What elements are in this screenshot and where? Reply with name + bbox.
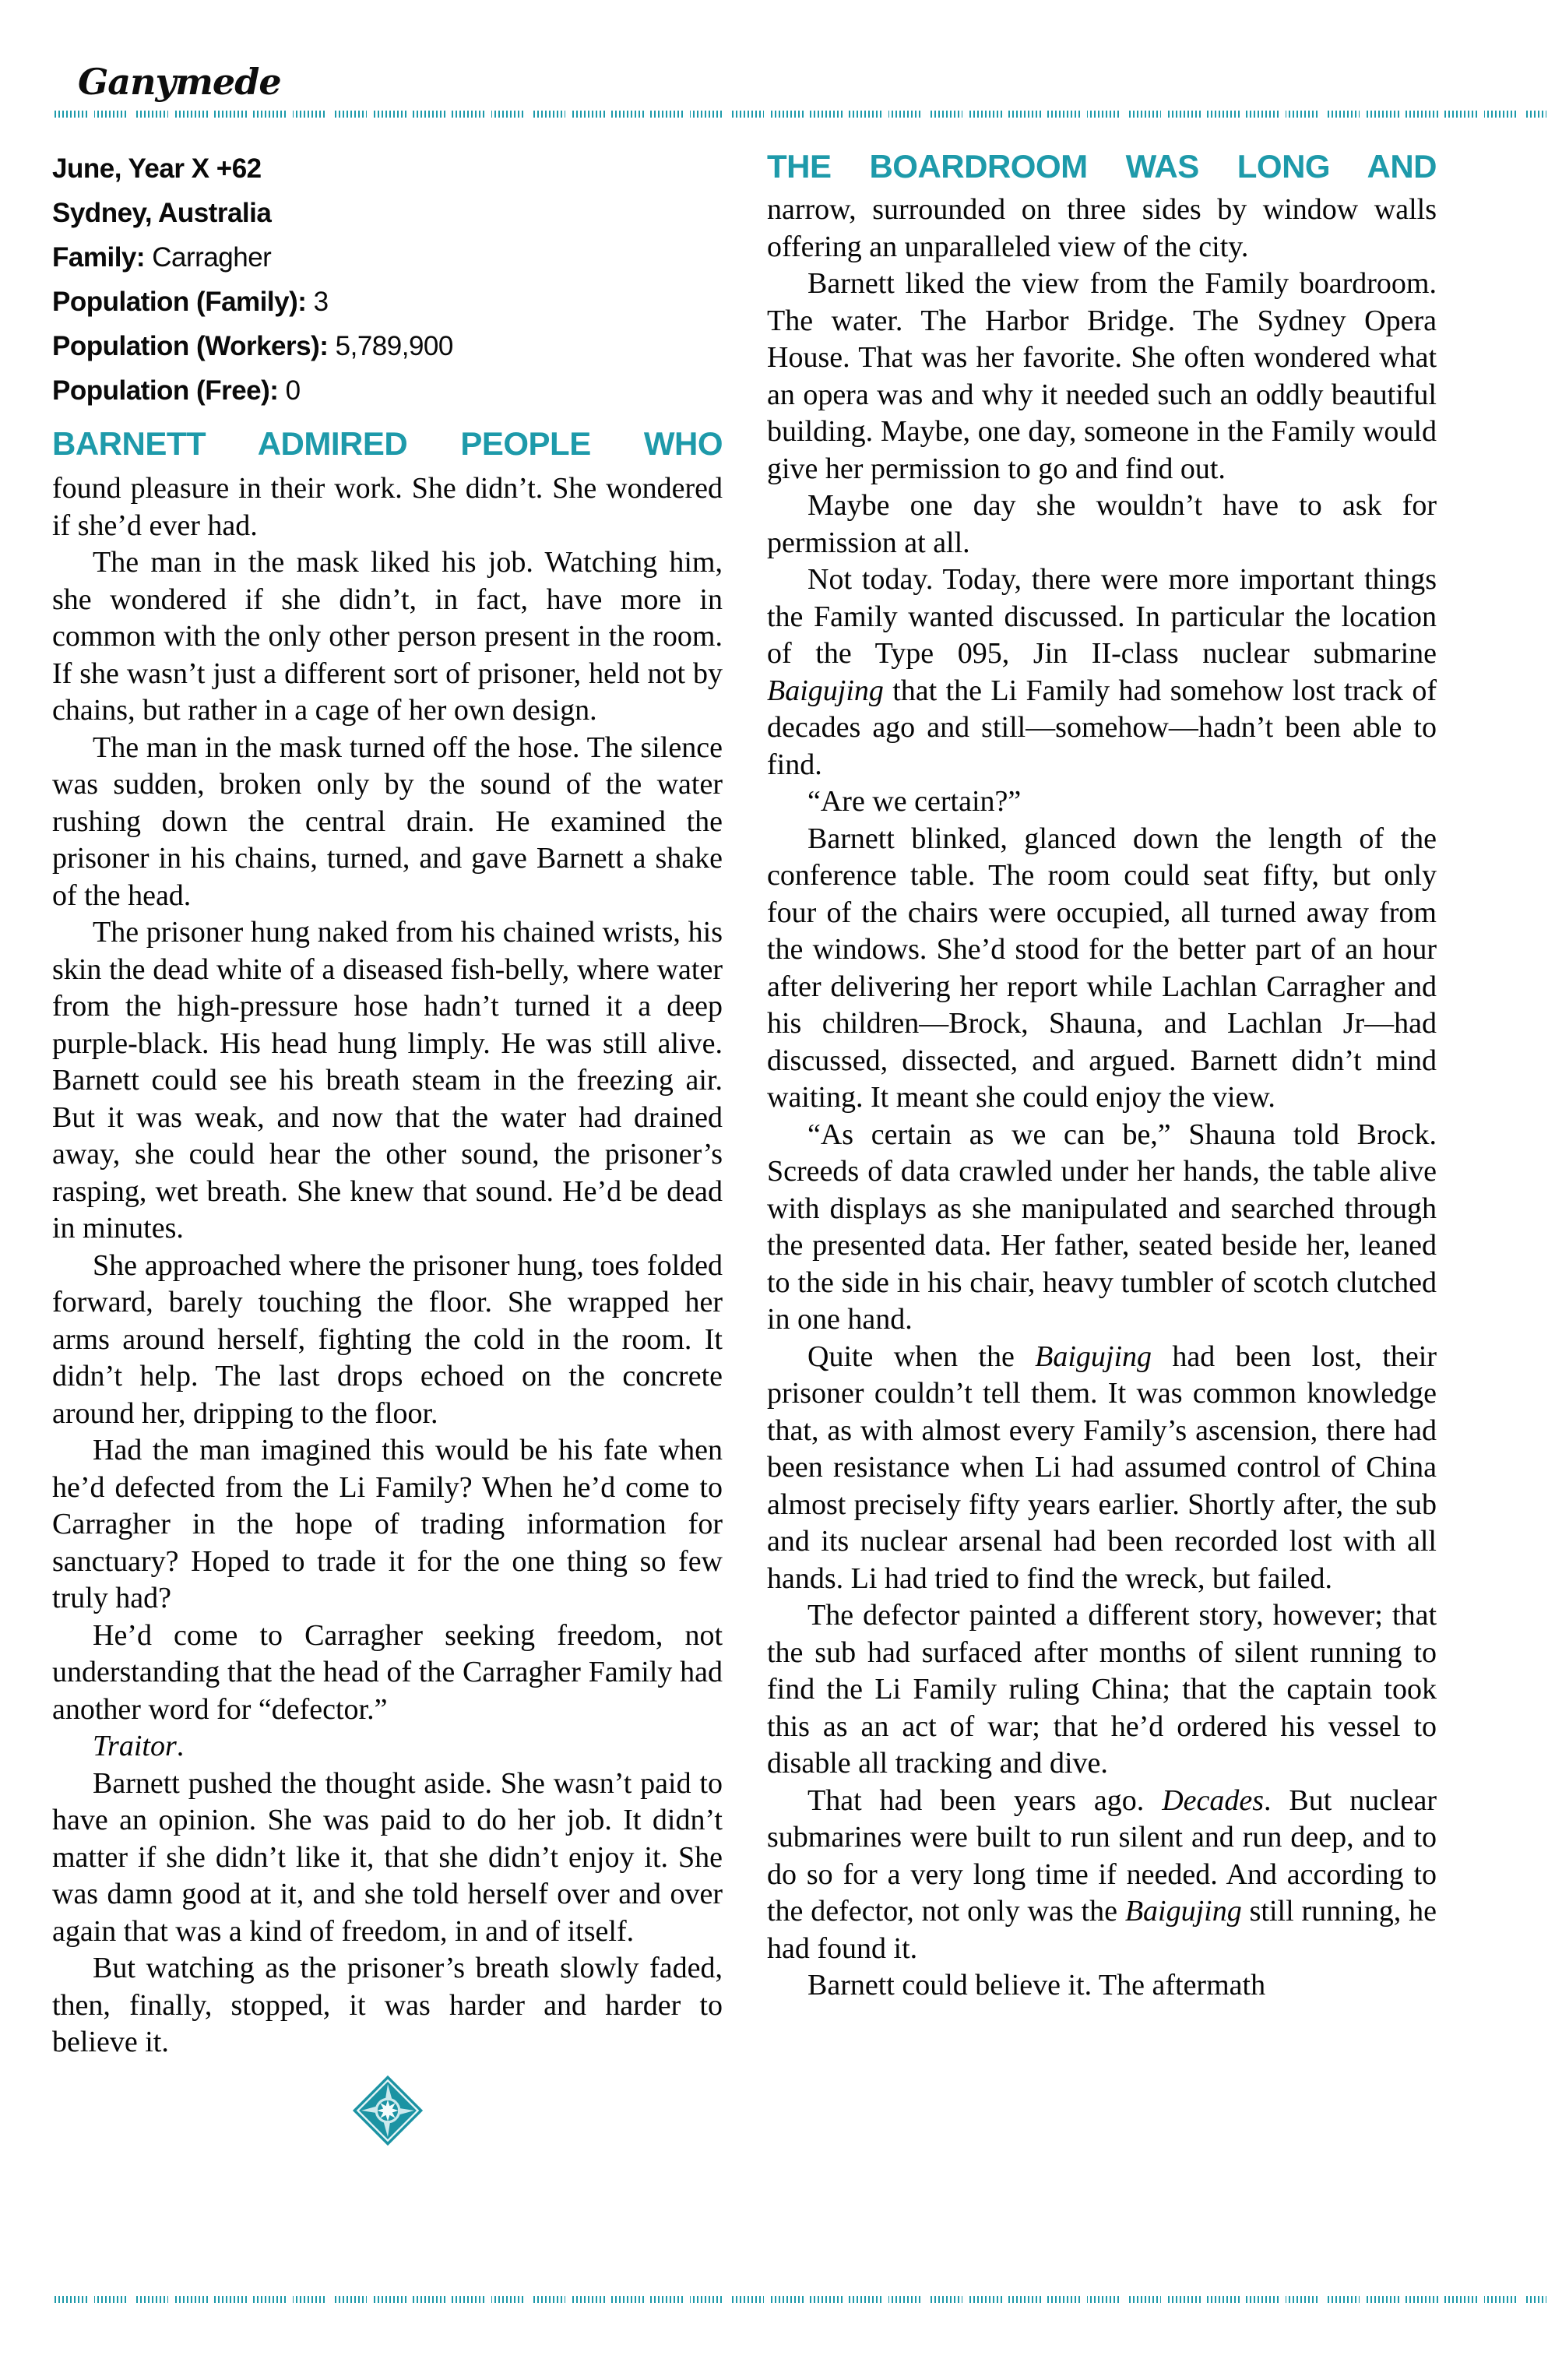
text-run: Quite when the: [807, 1340, 1035, 1373]
body-paragraph: The man in the mask liked his job. Watch…: [52, 544, 723, 730]
meta-line: Population (Free): 0: [52, 368, 723, 413]
text-run: Not today. Today, there were more import…: [767, 563, 1437, 670]
left-paragraphs: found pleasure in their work. She didn’t…: [52, 470, 723, 2061]
book-page: Ganymede June, Year X +62Sydney, Austral…: [0, 0, 1548, 2380]
body-paragraph: The man in the mask turned off the hose.…: [52, 730, 723, 915]
meta-value: Carragher: [145, 242, 271, 273]
text-run: That had been years ago.: [807, 1784, 1162, 1817]
italic-text: Decades: [1162, 1784, 1264, 1817]
text-run: The defector painted a different story, …: [767, 1599, 1437, 1780]
book-title: Ganymede: [78, 61, 281, 103]
text-run: The man in the mask turned off the hose.…: [52, 731, 723, 912]
meta-line: Family: Carragher: [52, 235, 723, 280]
text-run: Had the man imagined this would be his f…: [52, 1434, 723, 1614]
text-run: “As certain as we can be,” Shauna told B…: [767, 1118, 1437, 1336]
text-run: found pleasure in their work. She didn’t…: [52, 472, 723, 542]
italic-text: Baigujing: [1125, 1895, 1242, 1928]
text-run: But watching as the prisoner’s breath sl…: [52, 1952, 723, 2058]
text-run: Barnett liked the view from the Family b…: [767, 267, 1437, 485]
meta-line: Population (Family): 3: [52, 280, 723, 324]
italic-text: Traitor: [93, 1730, 177, 1762]
text-run: Barnett could believe it. The aftermath: [807, 1969, 1265, 2002]
body-paragraph: Barnett blinked, glanced down the length…: [767, 821, 1437, 1117]
meta-label: Population (Workers):: [52, 331, 328, 361]
body-paragraph: found pleasure in their work. She didn’t…: [52, 470, 723, 544]
section-lede-left: BARNETT ADMIRED PEOPLE WHO: [52, 425, 723, 463]
body-paragraph: The prisoner hung naked from his chained…: [52, 914, 723, 1248]
italic-text: Baigujing: [1035, 1340, 1152, 1373]
body-paragraph: The defector painted a different story, …: [767, 1597, 1437, 1783]
top-divider: [55, 111, 1546, 118]
body-paragraph: “Are we certain?”: [767, 783, 1437, 821]
body-paragraph: Maybe one day she wouldn’t have to ask f…: [767, 488, 1437, 562]
meta-value: 5,789,900: [328, 331, 452, 361]
text-run: .: [177, 1730, 185, 1762]
text-run: He’d come to Carragher seeking freedom, …: [52, 1619, 723, 1726]
text-run: The man in the mask liked his job. Watch…: [52, 546, 723, 727]
meta-line: Population (Workers): 5,789,900: [52, 324, 723, 368]
text-run: narrow, surrounded on three sides by win…: [767, 193, 1437, 263]
meta-value: 3: [306, 287, 328, 317]
body-paragraph: Barnett could believe it. The aftermath: [767, 1967, 1437, 2005]
meta-label: Population (Family):: [52, 287, 306, 317]
right-paragraphs: narrow, surrounded on three sides by win…: [767, 192, 1437, 2005]
text-run: “Are we certain?”: [807, 785, 1021, 818]
scene-break: [52, 2074, 723, 2151]
meta-line: June, Year X +62: [52, 146, 723, 191]
text-run: Maybe one day she wouldn’t have to ask f…: [767, 489, 1437, 559]
body-paragraph: Barnett liked the view from the Family b…: [767, 266, 1437, 488]
text-run: The prisoner hung naked from his chained…: [52, 916, 723, 1245]
scene-metadata: June, Year X +62Sydney, AustraliaFamily:…: [52, 146, 723, 413]
meta-label: Population (Free):: [52, 375, 278, 406]
italic-text: Baigujing: [767, 674, 884, 707]
running-header: Ganymede: [78, 61, 281, 103]
text-run: She approached where the prisoner hung, …: [52, 1249, 723, 1430]
body-paragraph: But watching as the prisoner’s breath sl…: [52, 1950, 723, 2061]
body-paragraph: “As certain as we can be,” Shauna told B…: [767, 1117, 1437, 1339]
body-paragraph: Traitor.: [52, 1728, 723, 1766]
text-run: Barnett blinked, glanced down the length…: [767, 822, 1437, 1114]
body-paragraph: Not today. Today, there were more import…: [767, 562, 1437, 783]
meta-label: Sydney, Australia: [52, 198, 271, 228]
body-paragraph: He’d come to Carragher seeking freedom, …: [52, 1618, 723, 1729]
right-column: THE BOARDROOM WAS LONG AND narrow, surro…: [767, 146, 1437, 2005]
meta-line: Sydney, Australia: [52, 191, 723, 235]
body-paragraph: That had been years ago. Decades. But nu…: [767, 1783, 1437, 1968]
section-lede-right: THE BOARDROOM WAS LONG AND: [767, 146, 1437, 187]
meta-value: 0: [278, 375, 300, 406]
body-paragraph: She approached where the prisoner hung, …: [52, 1248, 723, 1433]
bottom-divider: [55, 2296, 1546, 2303]
body-paragraph: Quite when the Baigujing had been lost, …: [767, 1339, 1437, 1598]
diamond-compass-pinwheel-icon: [352, 2137, 424, 2150]
meta-label: Family:: [52, 242, 145, 273]
text-run: Barnett pushed the thought aside. She wa…: [52, 1767, 723, 1948]
meta-label: June, Year X +62: [52, 153, 262, 184]
body-paragraph: narrow, surrounded on three sides by win…: [767, 192, 1437, 266]
left-column: June, Year X +62Sydney, AustraliaFamily:…: [52, 146, 723, 2151]
body-paragraph: Barnett pushed the thought aside. She wa…: [52, 1766, 723, 1951]
body-paragraph: Had the man imagined this would be his f…: [52, 1432, 723, 1618]
text-run: had been lost, their prisoner couldn’t t…: [767, 1340, 1437, 1595]
